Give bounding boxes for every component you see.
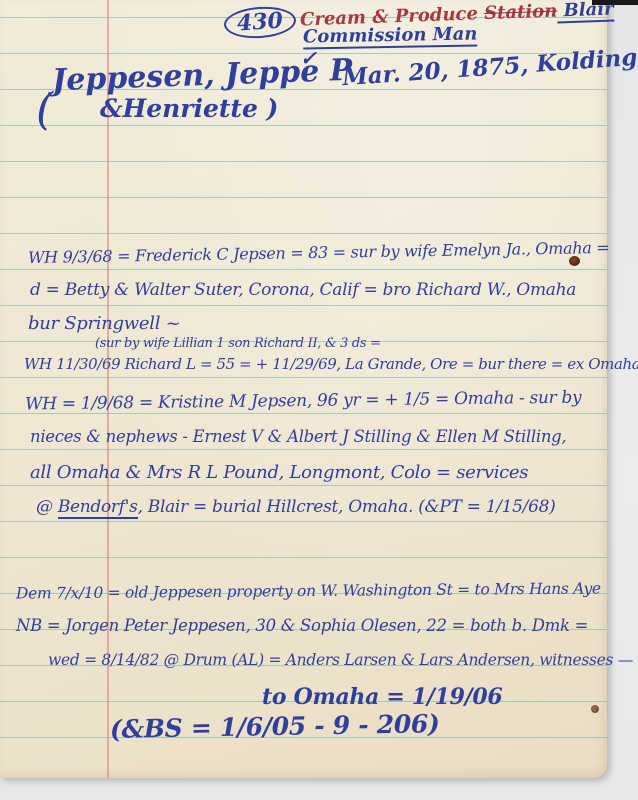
ink-stain-spot-bottom [591, 705, 599, 713]
occupation-annotation: Commission Man [303, 23, 478, 49]
entry2-line5: (&BS = 1/6/05 - 9 - 206) [110, 709, 440, 744]
entry1-line8-prefix: @ [36, 497, 58, 517]
entry1-line8-funeral-home: Bendorf's [58, 497, 138, 519]
entry1-line6: nieces & nephews - Ernest V & Albert J S… [30, 427, 566, 446]
ink-stain-spot [569, 256, 580, 266]
entry2-line3: wed = 8/14/82 @ Drum (AL) = Anders Larse… [48, 651, 633, 669]
entry1-line3: bur Springwell ~ [28, 313, 180, 334]
ledger-page: 430 Cream & Produce Station Blair Commis… [0, 0, 607, 778]
check-mark: ✓ [300, 46, 317, 70]
entry2-line4: to Omaha = 1/19/06 [262, 684, 502, 710]
entry1-line2: d = Betty & Walter Suter, Corona, Calif … [30, 280, 576, 300]
business-struck-word: Station [484, 0, 558, 24]
entry1-line7: all Omaha & Mrs R L Pound, Longmont, Col… [30, 462, 528, 483]
entry1-line8: @ Bendorf's, Blair = burial Hillcrest, O… [36, 497, 555, 517]
entry1-line8-rest: , Blair = burial Hillcrest, Omaha. (&PT … [138, 497, 556, 517]
entry2-line2: NB = Jorgen Peter Jeppesen, 30 & Sophia … [16, 616, 588, 635]
entry1-line4: WH 11/30/69 Richard L = 55 = + 11/29/69,… [24, 355, 638, 373]
entry1-line3-inserted-note: (sur by wife Lillian 1 son Richard II, &… [95, 336, 381, 351]
spouse-name: &Henriette ) [100, 94, 278, 123]
spouse-parenthesis: ( [36, 84, 53, 135]
scanner-edge [592, 0, 638, 5]
